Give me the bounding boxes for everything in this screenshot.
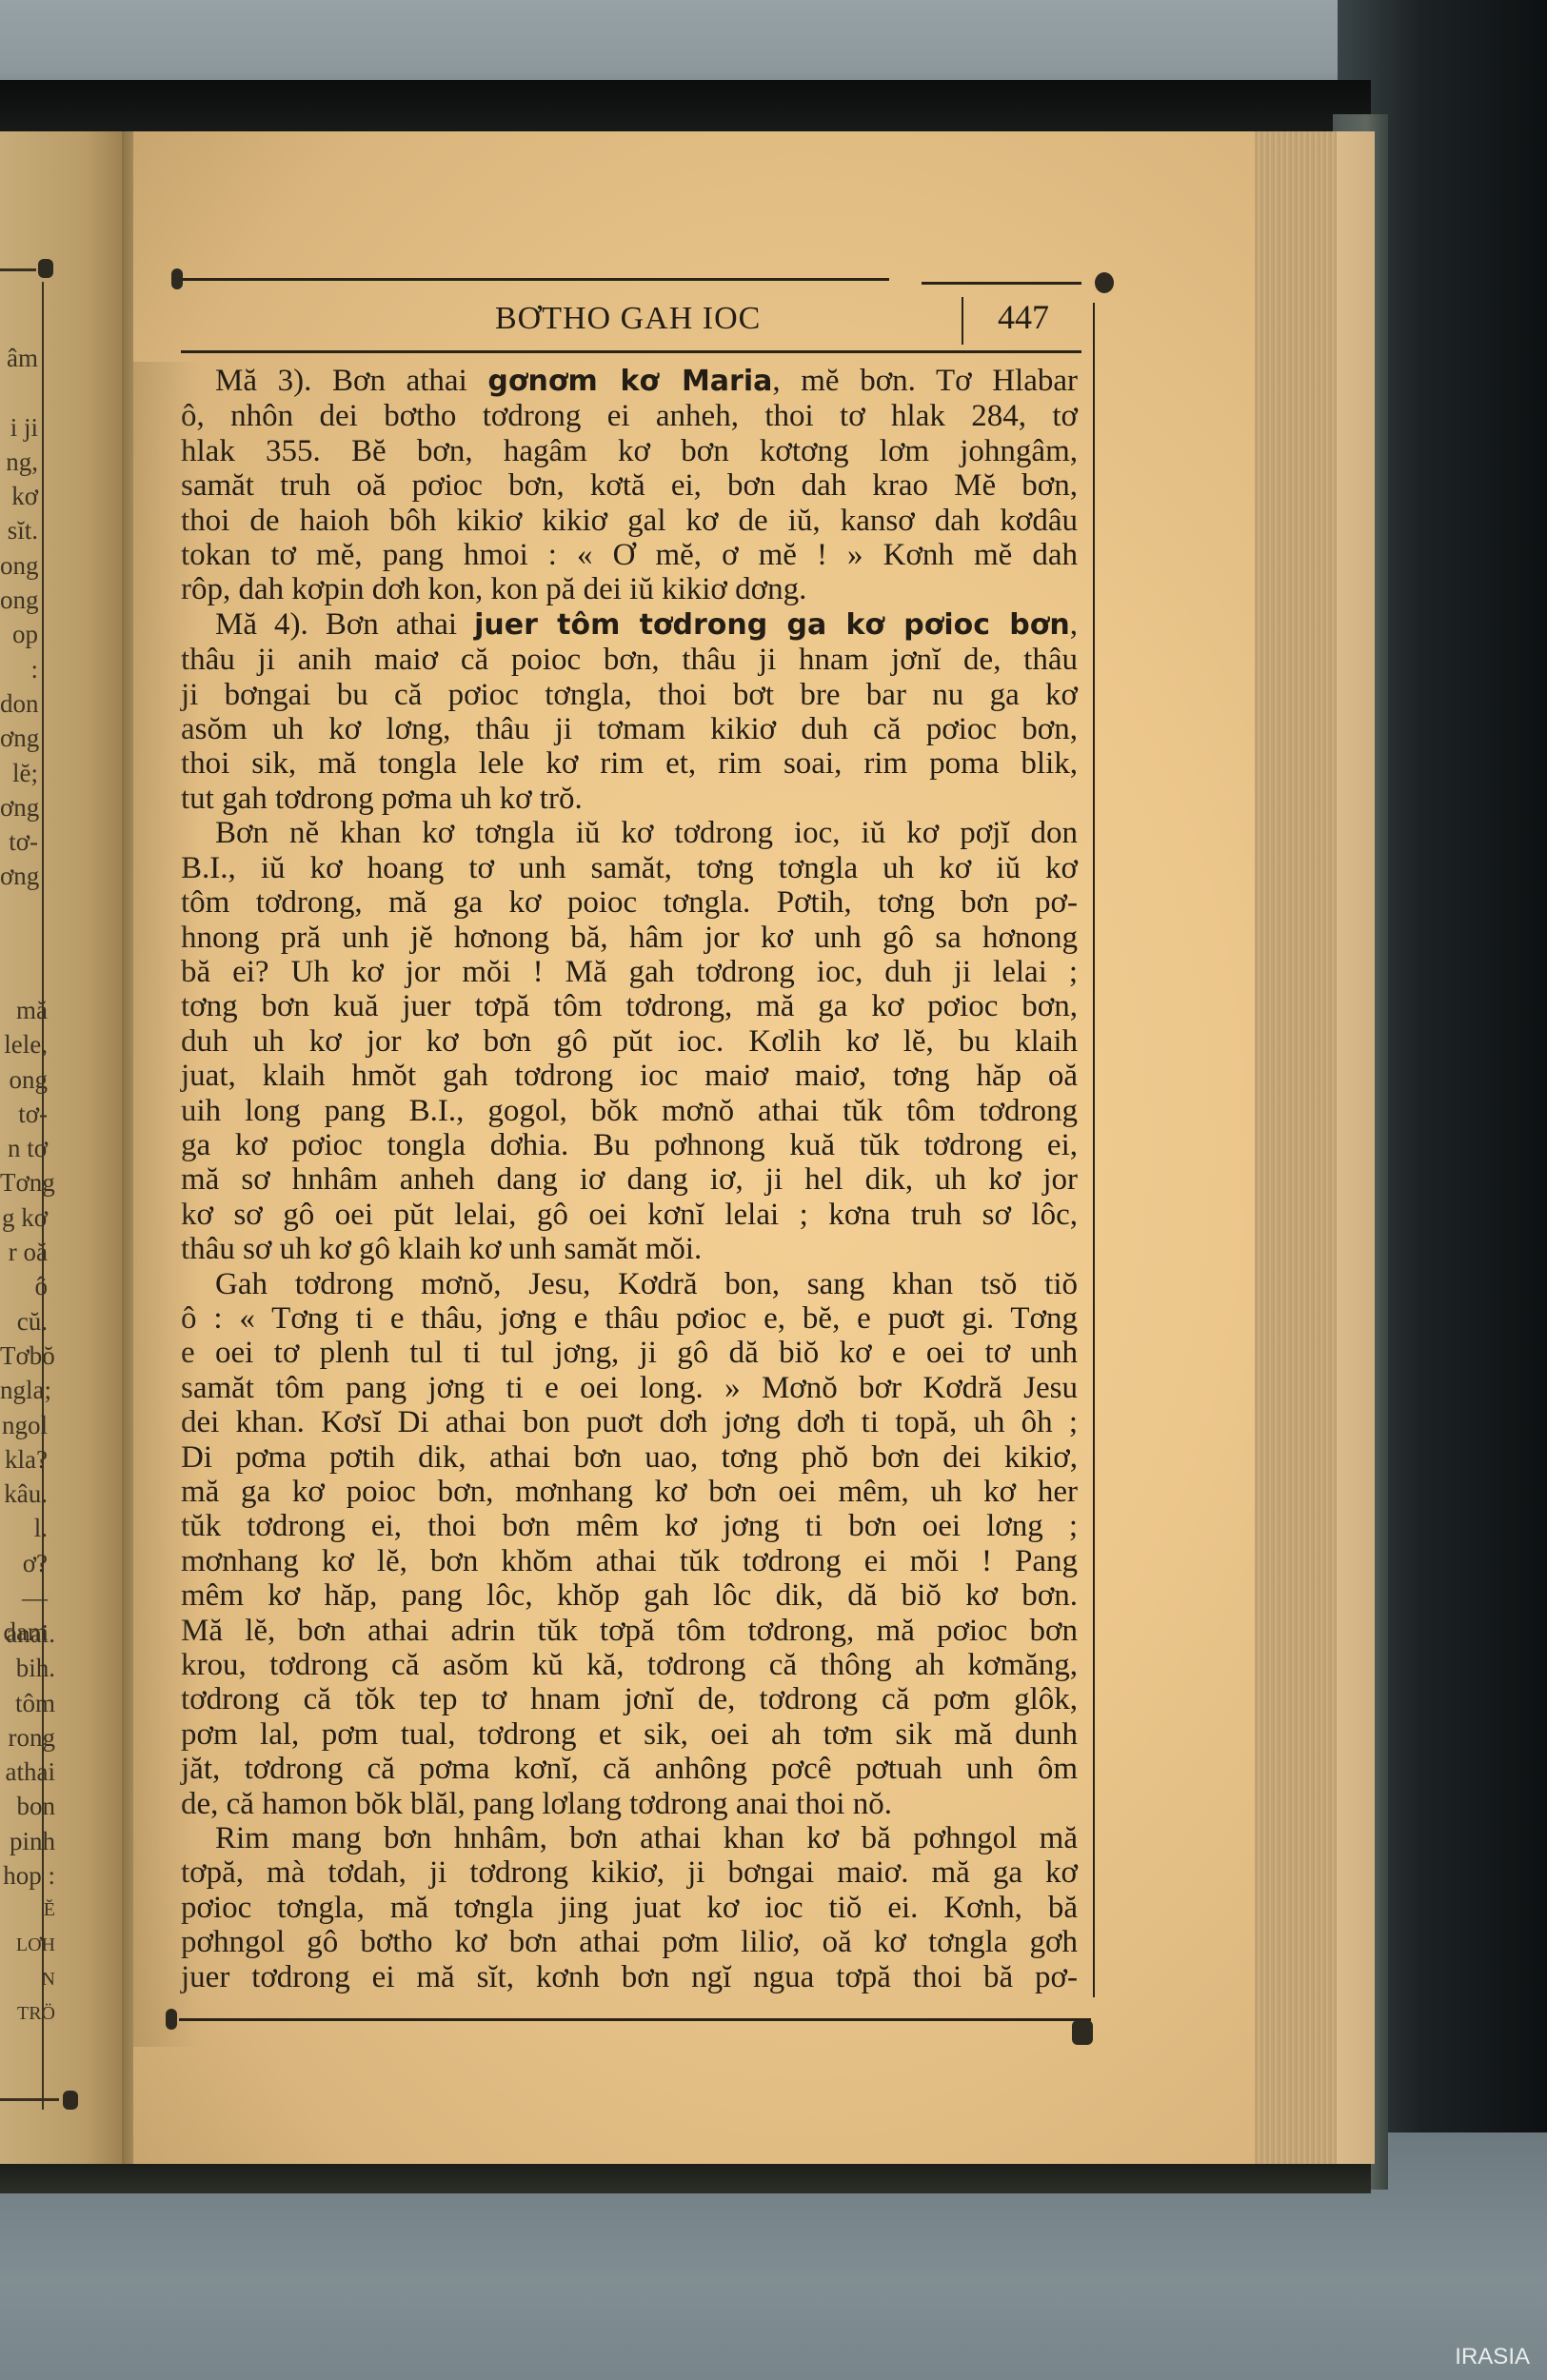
page-number: 447 <box>998 297 1049 337</box>
ornament-icon <box>171 268 183 289</box>
text-line: ô, nhôn dei bơtho tơdrong ei anheh, thoi… <box>181 399 1078 433</box>
ornament-icon <box>166 2009 177 2030</box>
fragment: kâu. <box>0 1477 48 1511</box>
running-head: BƠTHO GAH IOC <box>495 301 761 337</box>
fragment: bon <box>0 1789 55 1823</box>
text-line: Mă 3). Bơn athai gơnơm kơ Maria, mĕ bơn.… <box>181 364 1078 399</box>
fragment: kla? <box>0 1442 48 1477</box>
fragment: ơng <box>0 721 38 755</box>
ornament-icon <box>38 259 53 278</box>
fragment: Tơng <box>0 1165 48 1200</box>
fragment: tơ- <box>0 1097 48 1131</box>
text-line: kơ sơ gô oei pŭt lelai, gô oei kơnĭ lela… <box>181 1198 1078 1232</box>
bold-emphasis: juer tôm tơdrong ga kơ pơioc bơn <box>474 608 1070 642</box>
text-line: ô : « Tơng ti e thâu, jơng e thâu pơioc … <box>181 1301 1078 1336</box>
fragment: athai <box>0 1755 55 1789</box>
fragment: ngol <box>0 1408 48 1442</box>
text-run: , <box>1070 607 1078 642</box>
fragment <box>0 375 38 409</box>
left-page-footer-rule <box>0 2098 59 2101</box>
text-line: ji bơngai bu că pơioc tơngla, thoi bơt b… <box>181 678 1078 712</box>
text-line: pơioc tơngla, mă tơngla jing juat kơ ioc… <box>181 1891 1078 1925</box>
fragment: mă <box>0 993 48 1027</box>
text-line: thâu sơ uh kơ gô klaih kơ unh samăt mŏi. <box>181 1232 1078 1266</box>
fragment: g kơ <box>0 1200 48 1235</box>
text-line: B.I., iŭ kơ hoang tơ unh samăt, tơng tơn… <box>181 851 1078 885</box>
header-top-rule-right <box>922 282 1081 285</box>
text-line: ga kơ pơioc tongla dơhia. Bu pơhnong kuă… <box>181 1128 1078 1162</box>
fragment: hop : <box>0 1858 55 1893</box>
fragment: rong <box>0 1720 55 1755</box>
flower-ornament-icon <box>1072 2020 1093 2045</box>
text-line: mêm kơ hăp, pang lôc, khŏp gah lôc dik, … <box>181 1578 1078 1613</box>
text-line: tơng bơn kuă juer tơpă tôm tơdrong, mă g… <box>181 989 1078 1023</box>
asterisk-ornament-icon <box>1095 272 1114 293</box>
fragment: don <box>0 686 38 721</box>
header-divider <box>962 297 963 345</box>
left-page-header-rule <box>0 268 36 271</box>
endpaper-edge <box>1337 131 1375 2164</box>
fragment: ơng <box>0 859 38 893</box>
fragment: tơ- <box>0 824 38 859</box>
fragment: n tơ <box>0 1131 48 1165</box>
text-line: samăt tôm pang jơng ti e oei long. » Mơn… <box>181 1371 1078 1405</box>
watermark: IRASIA <box>1455 2344 1530 2370</box>
fragment: bih. <box>0 1651 55 1685</box>
text-line: mă sơ hnhâm anheh dang iơ dang iơ, ji he… <box>181 1162 1078 1197</box>
left-page-fragments-bottom: anai. bih. tôm rong athai bon pinh hop :… <box>0 1616 55 2032</box>
fragment: Tơbŏ <box>0 1339 48 1373</box>
bold-emphasis: gơnơm kơ Maria <box>487 365 772 398</box>
text-line: tơpă, mà tơdah, ji tơdrong kikiơ, ji bơn… <box>181 1855 1078 1890</box>
fragment: Ĕ LƠH <box>0 1893 55 1962</box>
fragment: anai. <box>0 1616 55 1651</box>
fragment: âm <box>0 341 38 375</box>
fragment: ngla; <box>0 1373 48 1407</box>
text-line: pơhngol gô bơtho kơ bơn athai pơm liliơ,… <box>181 1925 1078 1959</box>
fragment: kơ <box>0 479 38 513</box>
text-line: dei khan. Kơsĭ Di athai bon puơt dơh jơn… <box>181 1405 1078 1439</box>
fragment: ong <box>0 583 38 617</box>
text-run: Mă 3). Bơn athai <box>215 364 487 398</box>
left-page-fragments-mid: mă lele, ong tơ- n tơ Tơng g kơ r oă ô c… <box>0 993 48 1650</box>
text-line: tokan tơ mĕ, pang hmoi : « Ơ mĕ, ơ mĕ ! … <box>181 538 1078 572</box>
body-text: Mă 3). Bơn athai gơnơm kơ Maria, mĕ bơn.… <box>181 364 1078 1994</box>
ornament-icon <box>63 2091 78 2110</box>
text-line: mă ga kơ poioc bơn, mơnhang kơ bơn oei m… <box>181 1475 1078 1509</box>
text-line: thâu ji anih maiơ că poioc bơn, thâu ji … <box>181 643 1078 677</box>
fragment: i ji <box>0 410 38 445</box>
fragment: l. <box>0 1511 48 1545</box>
text-line: Mă lĕ, bơn athai adrin tŭk tơpă tôm tơdr… <box>181 1614 1078 1648</box>
text-line: jăt, tơdrong că pơma kơnĭ, că anhông pơc… <box>181 1752 1078 1786</box>
text-line: uih long pang B.I., gogol, bŏk mơnŏ atha… <box>181 1094 1078 1128</box>
left-page: âm i ji ng, kơ sĭt. ong ong op : don ơng… <box>0 131 122 2164</box>
text-line: mơnhang kơ lĕ, bơn khŏm athai tŭk tơdron… <box>181 1544 1078 1578</box>
fragment: lĕ; <box>0 756 38 790</box>
header-bottom-rule <box>181 350 1081 353</box>
fragment: tôm <box>0 1686 55 1720</box>
text-line: juer tơdrong ei mă sĭt, kơnh bơn ngĭ ngu… <box>181 1960 1078 1994</box>
right-margin-rule <box>1093 303 1095 1997</box>
book-cover-top-edge <box>0 80 1371 132</box>
text-line: Gah tơdrong mơnŏ, Jesu, Kơdră bon, sang … <box>181 1267 1078 1301</box>
text-line: pơm lal, pơm tual, tơdrong et sik, oei a… <box>181 1717 1078 1752</box>
text-run: Mă 4). Bơn athai <box>215 607 474 642</box>
text-line: asŏm uh kơ lơng, thâu ji tơmam kikiơ duh… <box>181 712 1078 746</box>
text-line: tơdrong că tŏk tep tơ hnam jơnĭ de, tơdr… <box>181 1682 1078 1716</box>
fragment: ô cŭ. <box>0 1269 48 1339</box>
text-line: thoi sik, mă tongla lele kơ rim et, rim … <box>181 746 1078 781</box>
text-line: tŭk tơdrong ei, thoi bơn mêm kơ jơng ti … <box>181 1509 1078 1543</box>
text-run: , mĕ bơn. Tơ Hlabar <box>772 364 1078 398</box>
footer-rule <box>179 2018 1091 2021</box>
text-line: hlak 355. Bĕ bơn, hagâm kơ bơn kơtơng lơ… <box>181 434 1078 468</box>
text-line: rôp, dah kơpin dơh kon, kon pă dei iŭ ki… <box>181 572 1078 606</box>
text-line: hnong pră unh jĕ hơnong bă, hâm jor kơ u… <box>181 921 1078 955</box>
fragment: r oă <box>0 1235 48 1269</box>
fragment: pinh <box>0 1824 55 1858</box>
fragment: ơng <box>0 790 38 824</box>
header-top-rule <box>183 278 889 281</box>
fragment: ong <box>0 548 38 583</box>
fragment: ơ?— <box>0 1546 48 1616</box>
text-line: thoi de haioh bôh kikiơ kikiơ gal kơ de … <box>181 504 1078 538</box>
text-line: de, că hamon bŏk blăl, pang lơlang tơdro… <box>181 1787 1078 1821</box>
text-line: Rim mang bơn hnhâm, bơn athai khan kơ bă… <box>181 1821 1078 1855</box>
fragment: sĭt. <box>0 513 38 547</box>
fragment: ong <box>0 1062 48 1097</box>
text-line: tut gah tơdrong pơma uh kơ trŏ. <box>181 782 1078 816</box>
text-line: krou, tơdrong că asŏm kŭ kă, tơdrong că … <box>181 1648 1078 1682</box>
text-line: Mă 4). Bơn athai juer tôm tơdrong ga kơ … <box>181 607 1078 643</box>
text-line: bă ei? Uh kơ jor mŏi ! Mă gah tơdrong io… <box>181 955 1078 989</box>
book-cover-bottom-edge <box>0 2161 1371 2193</box>
page-block-edges <box>1255 131 1337 2164</box>
text-line: Di pơma pơtih dik, athai bơn uao, tơng p… <box>181 1440 1078 1475</box>
fragment: N TRÖ <box>0 1962 55 2032</box>
fragment: op : <box>0 617 38 686</box>
text-line: e oei tơ plenh tul ti tul jơng, ji gô dă… <box>181 1336 1078 1370</box>
text-line: samăt truh oă pơioc bơn, kơtă ei, bơn da… <box>181 468 1078 503</box>
text-line: duh uh kơ jor kơ bơn gô pŭt ioc. Kơlih k… <box>181 1024 1078 1059</box>
fragment: ng, <box>0 445 38 479</box>
text-line: Bơn nĕ khan kơ tơngla iŭ kơ tơdrong ioc,… <box>181 816 1078 850</box>
text-line: juat, klaih hmŏt gah tơdrong ioc maiơ ma… <box>181 1059 1078 1093</box>
fragment: lele, <box>0 1027 48 1061</box>
text-line: tôm tơdrong, mă ga kơ poioc tơngla. Pơti… <box>181 885 1078 920</box>
left-page-fragments-top: âm i ji ng, kơ sĭt. ong ong op : don ơng… <box>0 341 38 894</box>
